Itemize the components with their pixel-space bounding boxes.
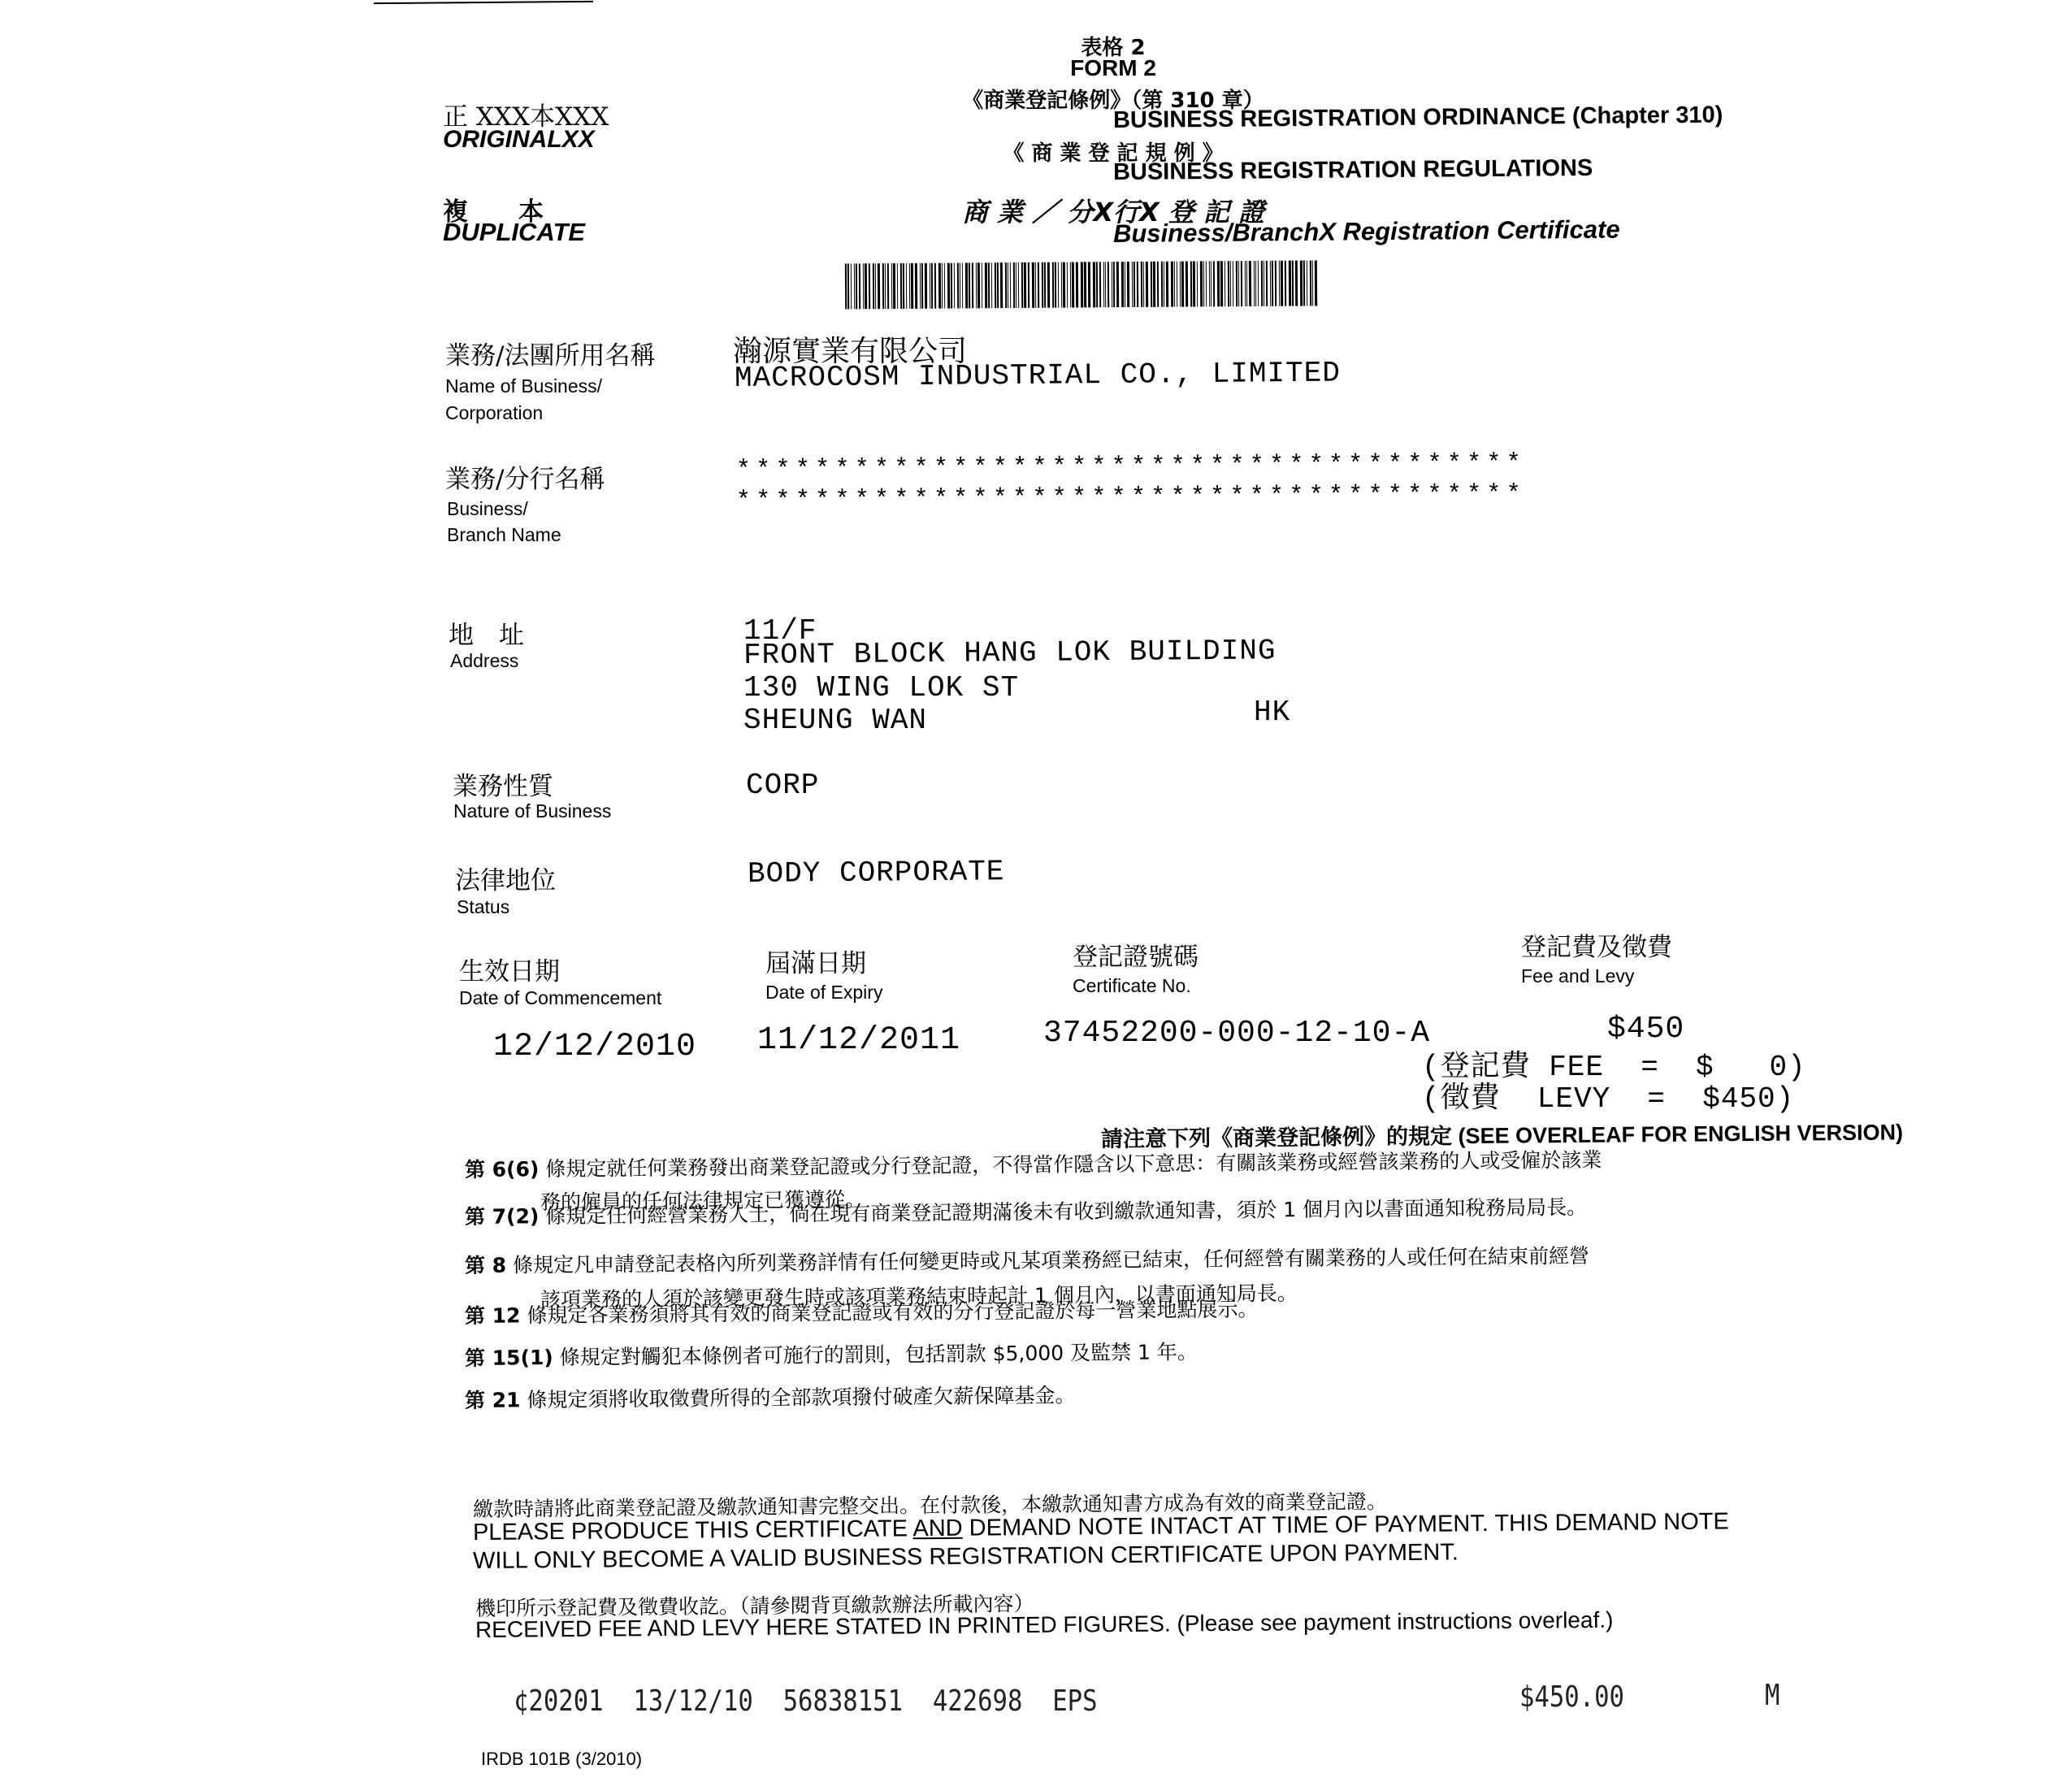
address-region: HK: [1254, 696, 1290, 729]
notice-item: 第 8 條規定凡申請登記表格內所列業務詳情有任何變更時或凡某項業務經已結束，任何…: [465, 1240, 1589, 1279]
ordinance-title-en: BUSINESS REGISTRATION ORDINANCE (Chapter…: [1113, 102, 1723, 134]
notice-text: 條規定各業務須將其有效的商業登記證或有效的分行登記證於每一營業地點展示。: [527, 1297, 1258, 1327]
form-code: IRDB 101B (3/2010): [481, 1749, 642, 1770]
address-label-zh: 地 址: [449, 614, 524, 651]
certificate-no-label-zh: 登記證號碼: [1073, 936, 1199, 973]
branch-name-line-2: ****************************************: [736, 481, 1526, 515]
expiry-date: 11/12/2011: [757, 1022, 960, 1059]
nature-label-zh: 業務性質: [453, 765, 553, 802]
receipt-amount: $450.00: [1519, 1680, 1624, 1714]
regulations-title-en: BUSINESS REGISTRATION REGULATIONS: [1113, 155, 1593, 186]
notice-section-ref: 第 12: [465, 1303, 521, 1328]
notice-section-ref: 第 8: [465, 1254, 506, 1277]
commencement-date: 12/12/2010: [493, 1029, 696, 1065]
address-line-4: SHEUNG WAN: [743, 704, 927, 737]
original-mark-en: ORIGINALXX: [443, 126, 595, 154]
notice-text: 條規定任何經營業務人士，倘在現有商業登記證期滿後未有收到繳款通知書，須於 1 個…: [545, 1195, 1587, 1228]
business-name-en: MACROCOSM INDUSTRIAL CO., LIMITED: [735, 356, 1341, 395]
notice-item: 第 6(6) 條規定就任何業務發出商業登記證或分行登記證，不得當作隱含以下意思：…: [465, 1144, 1602, 1183]
fee-label-en: Fee and Levy: [1521, 965, 1634, 987]
status-label-en: Status: [457, 896, 509, 918]
address-label-en: Address: [450, 650, 518, 672]
barcode: [845, 260, 1422, 310]
branch-label-en-1: Business/: [447, 498, 528, 520]
notice-text: 條規定就任何業務發出商業登記證或分行登記證，不得當作隱含以下意思：有關該業務或經…: [545, 1148, 1602, 1181]
nature-value: CORP: [746, 769, 819, 802]
payment-text-and: AND: [912, 1515, 963, 1542]
notice-section-ref: 第 21: [465, 1388, 521, 1412]
notice-item: 第 21 條規定須將收取徵費所得的全部款項撥付破產欠薪保障基金。: [465, 1379, 1076, 1414]
name-label-en-1: Name of Business/: [445, 375, 602, 397]
notice-text: 條規定須將收取徵費所得的全部款項撥付破產欠薪保障基金。: [527, 1383, 1075, 1411]
commencement-label-zh: 生效日期: [459, 951, 560, 987]
form-number-en: FORM 2: [1070, 55, 1156, 81]
address-line-3: 130 WING LOK ST: [743, 671, 1019, 705]
notice-text: 條規定凡申請登記表格內所列業務詳情有任何變更時或凡某項業務經已結束，任何經營有關…: [513, 1244, 1589, 1277]
commencement-label-en: Date of Commencement: [459, 987, 661, 1009]
expiry-label-en: Date of Expiry: [765, 982, 882, 1004]
name-label-en-2: Corporation: [445, 402, 543, 424]
notice-section-ref: 第 15(1): [465, 1346, 553, 1370]
notice-section-ref: 第 6(6): [465, 1157, 540, 1181]
status-value: BODY CORPORATE: [748, 855, 1005, 891]
receipt-stamp: ¢20201 13/12/10 56838151 422698 EPS: [514, 1684, 1097, 1718]
fee-label-zh: 登記費及徵費: [1521, 926, 1672, 963]
certificate-no-label-en: Certificate No.: [1073, 975, 1191, 997]
branch-label-en-2: Branch Name: [447, 524, 561, 546]
notice-text: 條規定對觸犯本條例者可施行的罰則，包括罰款 $5,000 及監禁 1 年。: [560, 1340, 1198, 1369]
expiry-label-zh: 屆滿日期: [765, 943, 866, 979]
levy-breakdown: (徵費 LEVY = $450): [1422, 1074, 1794, 1116]
address-line-2: FRONT BLOCK HANG LOK BUILDING: [743, 634, 1277, 672]
notice-item: 第 12 條規定各業務須將其有效的商業登記證或有效的分行登記證於每一營業地點展示…: [465, 1293, 1259, 1329]
scan-edge-line: [374, 1, 593, 4]
branch-label-zh: 業務/分行名稱: [445, 458, 605, 495]
duplicate-mark-en: DUPLICATE: [443, 218, 585, 247]
payment-text-a: PLEASE PRODUCE THIS CERTIFICATE: [473, 1515, 913, 1546]
notice-item: 第 15(1) 條規定對觸犯本條例者可施行的罰則，包括罰款 $5,000 及監禁…: [465, 1336, 1198, 1372]
payment-text-c: DEMAND NOTE INTACT AT TIME OF PAYMENT. T…: [963, 1509, 1729, 1541]
branch-name-line-1: ****************************************: [736, 450, 1526, 484]
certificate-number: 37452200-000-12-10-A: [1043, 1016, 1430, 1051]
nature-label-en: Nature of Business: [453, 800, 611, 822]
receipt-mark: M: [1765, 1679, 1779, 1712]
certificate-title-en: Business/BranchX Registration Certificat…: [1113, 215, 1620, 249]
fee-total: $450: [1607, 1012, 1684, 1047]
notice-section-ref: 第 7(2): [465, 1204, 540, 1229]
name-label-zh: 業務/法團所用名稱: [445, 335, 655, 371]
status-label-zh: 法律地位: [455, 860, 556, 896]
